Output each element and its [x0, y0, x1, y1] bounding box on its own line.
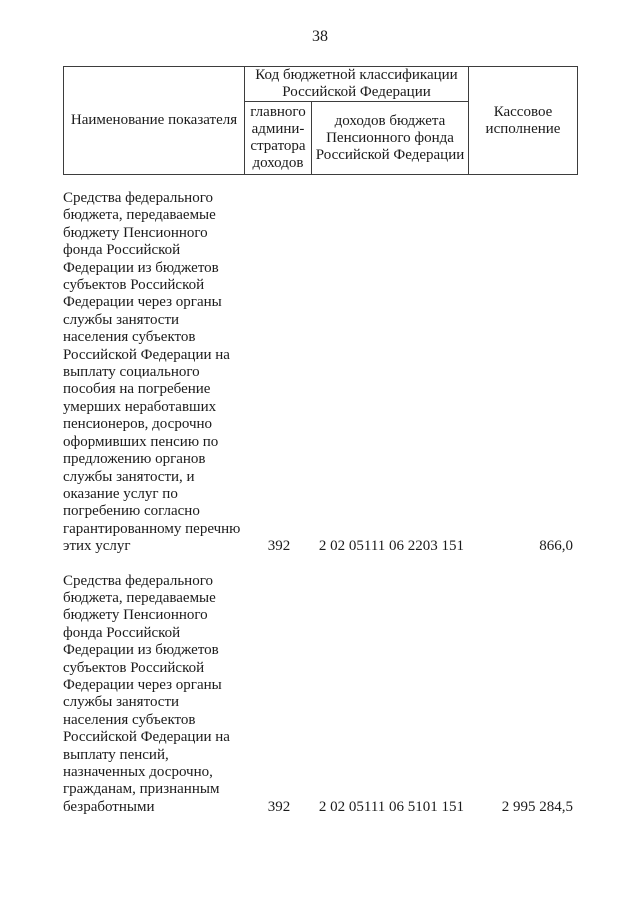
- table-row: Средства федерального бюджета, передавае…: [63, 573, 580, 817]
- row-indicator-name: Средства федерального бюджета, передавае…: [63, 190, 245, 556]
- table-row: Средства федерального бюджета, передавае…: [63, 190, 580, 556]
- budget-table-header: Наименование показателя Код бюджетной кл…: [63, 66, 578, 175]
- row-cash-execution-value: 2 995 284,5: [470, 799, 580, 816]
- column-header-chief-administrator-code: главного админи- стратора доходов: [245, 102, 312, 174]
- row-administrator-code: 392: [245, 538, 313, 555]
- row-income-classification-code: 2 02 05111 06 2203 151: [313, 538, 470, 555]
- column-header-pension-fund-income-code: доходов бюджета Пенсионного фонда Россий…: [312, 102, 469, 174]
- row-administrator-code: 392: [245, 799, 313, 816]
- column-header-budget-classification-code: Код бюджетной классификации Российской Ф…: [245, 67, 469, 102]
- budget-table-body: Средства федерального бюджета, передавае…: [63, 173, 580, 816]
- page-number: 38: [0, 28, 640, 46]
- row-indicator-name: Средства федерального бюджета, передавае…: [63, 573, 245, 817]
- column-header-indicator-name: Наименование показателя: [64, 67, 245, 174]
- row-cash-execution-value: 866,0: [470, 538, 580, 555]
- column-header-cash-execution: Кассовое исполнение: [469, 67, 577, 174]
- row-income-classification-code: 2 02 05111 06 5101 151: [313, 799, 470, 816]
